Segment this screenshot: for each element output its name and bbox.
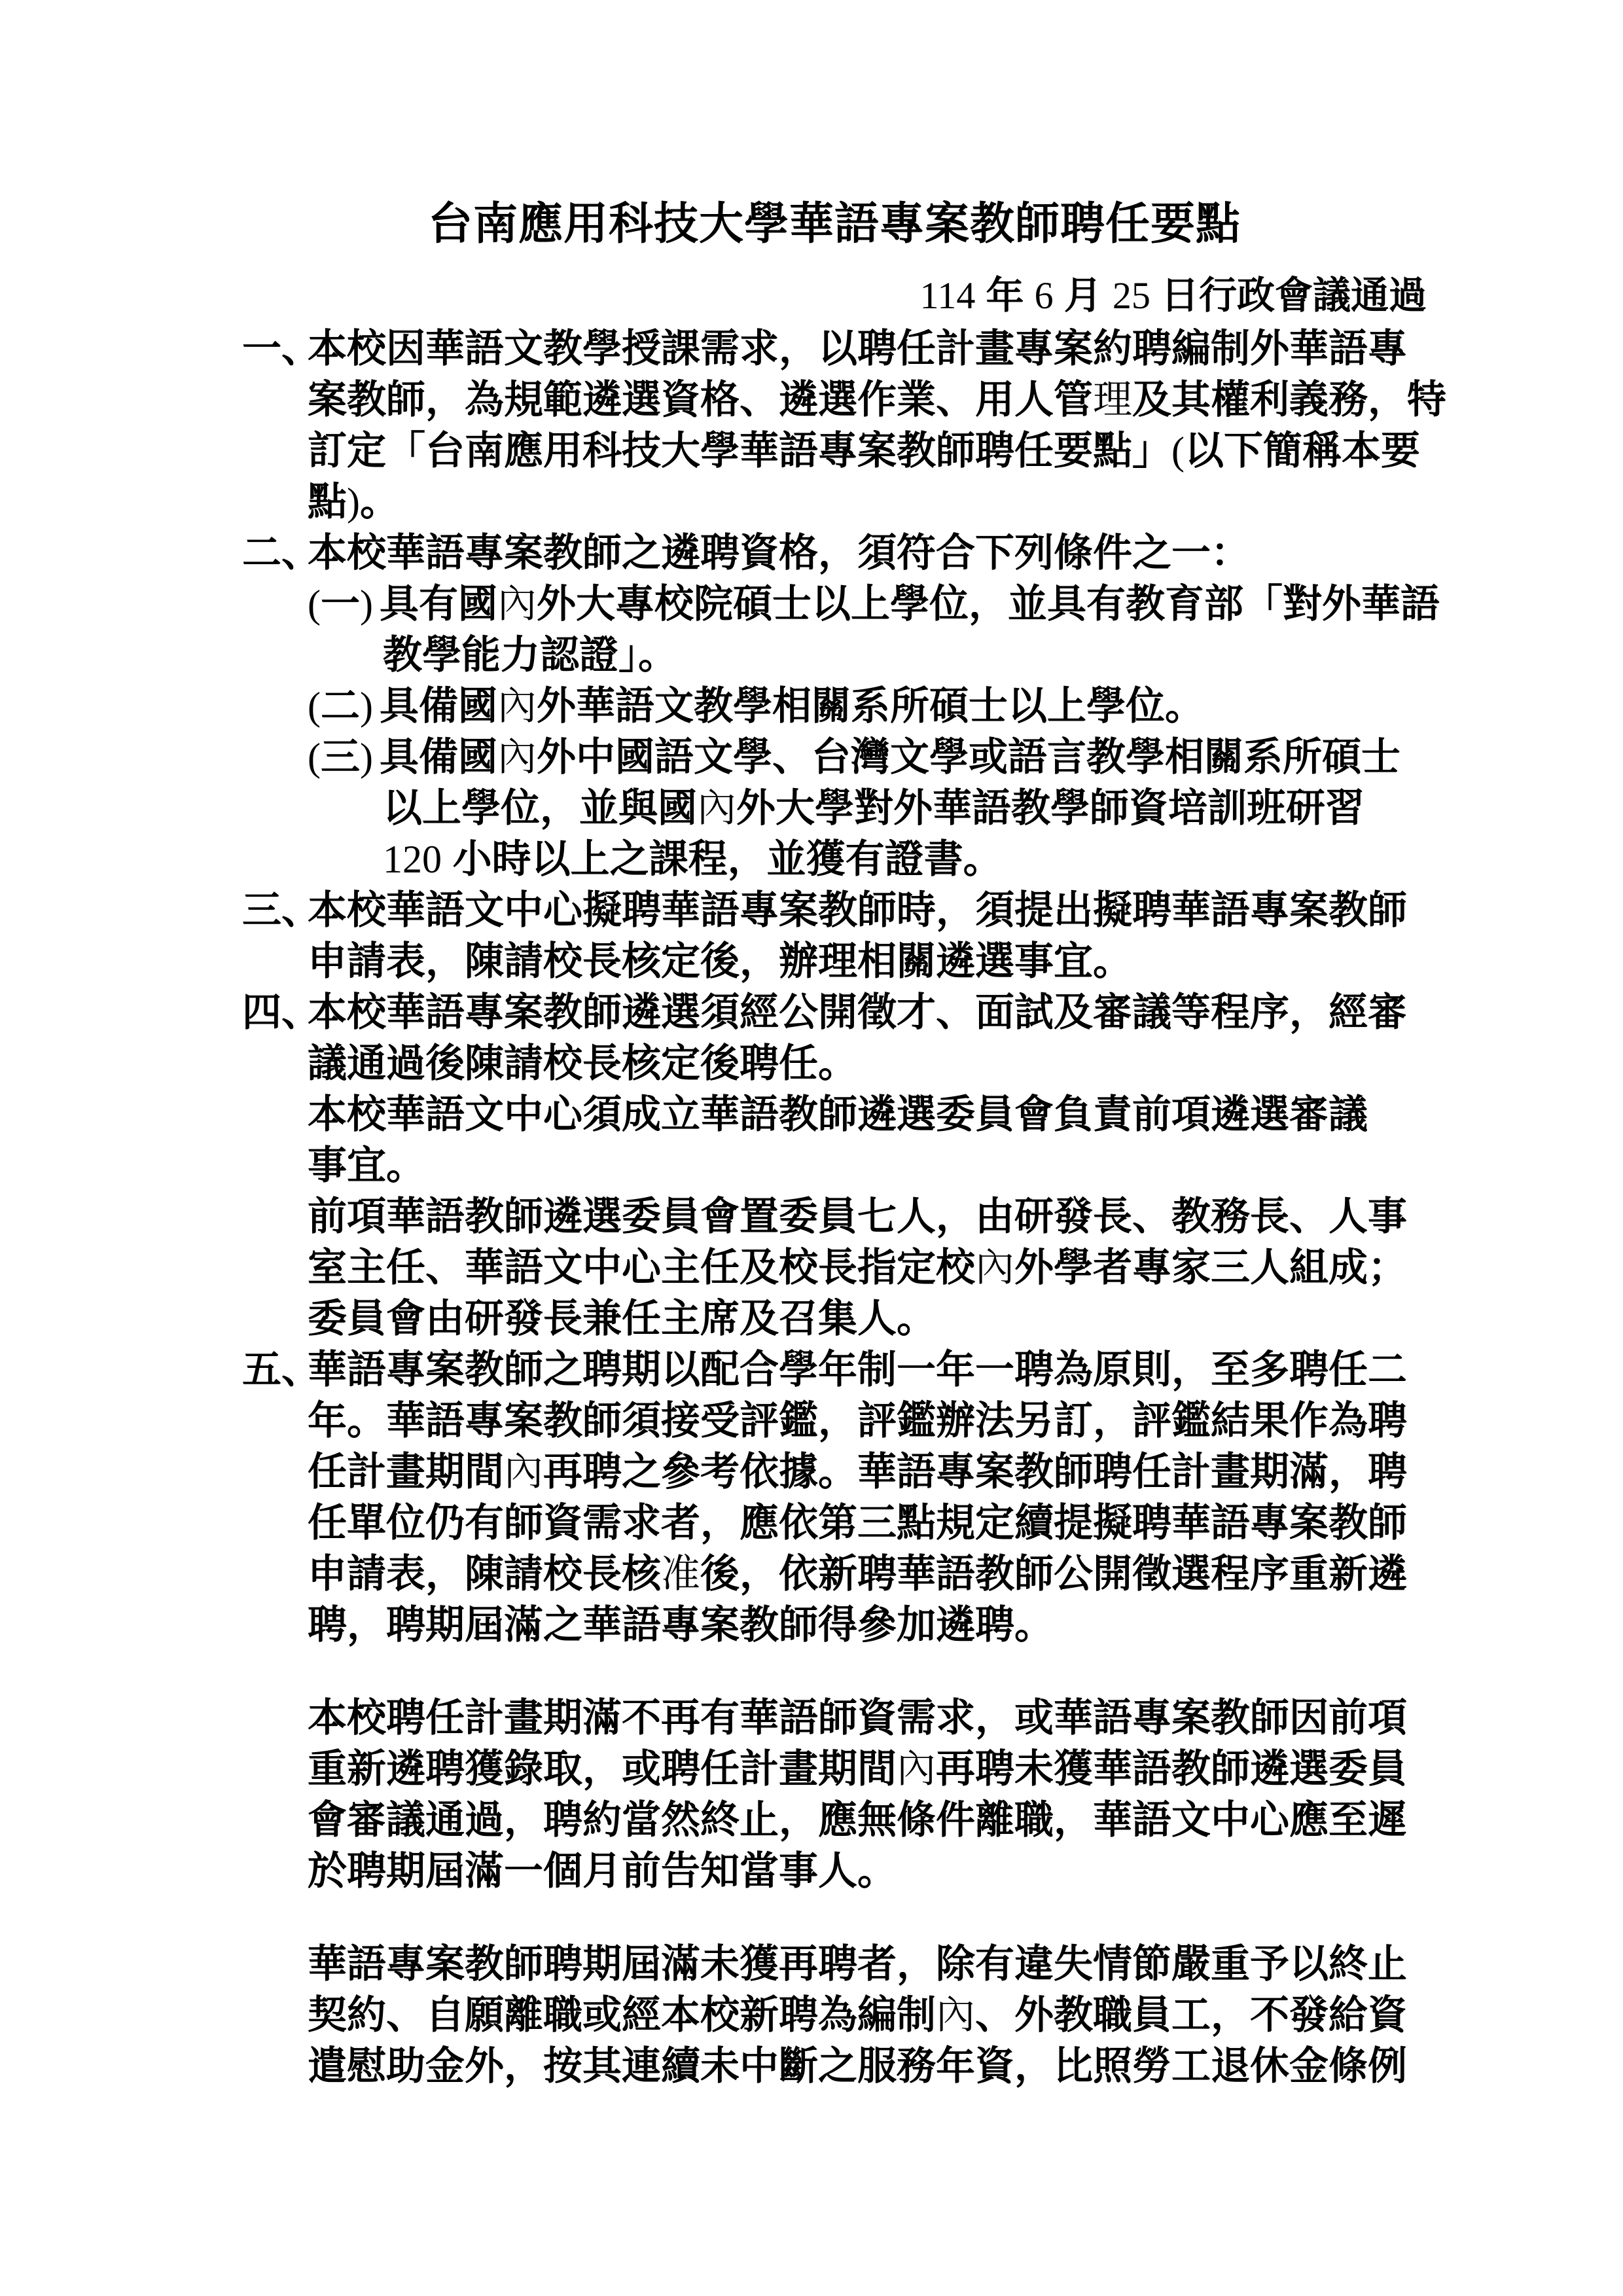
text-line: 年。華語專案教師須接受評鑑，評鑑辦法另訂，評鑑結果作為聘 bbox=[308, 1395, 1427, 1446]
text-line: 120 小時以上之課程，並獲有證書。 bbox=[383, 834, 1427, 885]
alt-font-glyph: ) bbox=[360, 685, 373, 728]
alt-font-glyph: ( bbox=[1171, 429, 1185, 473]
line-text: 室主任、華語文中心主任及校長指定校內外學者專家三人組成； bbox=[308, 1246, 1407, 1289]
line-text: 本校因華語文教學授課需求，以聘任計畫專案約聘編制外華語專 bbox=[308, 327, 1407, 370]
alt-font-glyph: 內 bbox=[936, 1994, 975, 2037]
alt-font-glyph: 內 bbox=[897, 1748, 936, 1791]
text-line: 室主任、華語文中心主任及校長指定校內外學者專家三人組成； bbox=[308, 1242, 1427, 1293]
document-title: 台南應用科技大學華語專案教師聘任要點 bbox=[242, 198, 1427, 250]
alt-font-glyph: 1 bbox=[383, 838, 402, 881]
text-line: (三)具備國內外中國語文學、台灣文學或語言教學相關系所碩士 bbox=[308, 732, 1427, 783]
alt-font-glyph: 0 bbox=[422, 838, 442, 881]
text-line: 任單位仍有師資需求者，應依第三點規定續提擬聘華語專案教師 bbox=[308, 1498, 1427, 1549]
alt-font-glyph: 4 bbox=[956, 274, 975, 317]
line-text: 案教師，為規範遴選資格、遴選作業、用人管理及其權利義務，特 bbox=[308, 378, 1446, 422]
item-label: 二、 bbox=[242, 528, 308, 579]
text-line: 議通過後陳請校長核定後聘任。 bbox=[308, 1038, 1427, 1089]
line-text: 具有國內外大專校院碩士以上學位，並具有教育部「對外華語 bbox=[380, 582, 1440, 626]
approval-line: 114 年 6 月 25 日行政會議通過 bbox=[242, 270, 1427, 322]
text-line: 以上學位，並與國內外大學對外華語教學師資培訓班研習 bbox=[383, 783, 1427, 834]
line-text: 契約、自願離職或經本校新聘為編制內、外教職員工，不發給資 bbox=[308, 1993, 1407, 2037]
alt-font-glyph: 1 bbox=[920, 274, 938, 317]
alt-font-glyph: 內 bbox=[497, 685, 537, 728]
list-item: 五、華語專案教師之聘期以配合學年制一年一聘為原則，至多聘任二年。華語專案教師須接… bbox=[242, 1344, 1427, 1651]
alt-font-glyph: 5 bbox=[1132, 274, 1150, 317]
text-line: 訂定「台南應用科技大學華語專案教師聘任要點」(以下簡稱本要 bbox=[308, 425, 1427, 476]
alt-font-glyph: 1 bbox=[938, 274, 956, 317]
line-text: 本校華語文中心擬聘華語專案教師時，須提出擬聘華語專案教師 bbox=[308, 888, 1407, 932]
item-label: 五、 bbox=[242, 1344, 308, 1395]
text-line: (一)具有國內外大專校院碩士以上學位，並具有教育部「對外華語 bbox=[308, 579, 1427, 630]
line-text: 前項華語教師遴選委員會置委員七人，由研發長、教務長、人事 bbox=[308, 1194, 1407, 1238]
line-text: 具備國內外華語文教學相關系所碩士以上學位。 bbox=[380, 684, 1204, 728]
line-text: 訂定「台南應用科技大學華語專案教師聘任要點」(以下簡稱本要 bbox=[308, 429, 1420, 473]
text-line: 本校聘任計畫期滿不再有華語師資需求，或華語專案教師因前項 bbox=[308, 1693, 1427, 1744]
text-line: 於聘期屆滿一個月前告知當事人。 bbox=[308, 1846, 1427, 1897]
line-text: 教學能力認證」。 bbox=[383, 633, 677, 677]
line-text: 申請表，陳請校長核准後，依新聘華語教師公開徵選程序重新遴 bbox=[308, 1552, 1407, 1596]
line-text: 本校華語專案教師之遴聘資格，須符合下列條件之一： bbox=[308, 531, 1250, 575]
text-line: 任計畫期間內再聘之參考依據。華語專案教師聘任計畫期滿，聘 bbox=[308, 1446, 1427, 1498]
text-line: 事宜。 bbox=[308, 1140, 1427, 1191]
line-text: 申請表，陳請校長核定後，辦理相關遴選事宜。 bbox=[308, 939, 1132, 983]
alt-font-glyph: ( bbox=[308, 583, 321, 626]
line-text: 華語專案教師聘期屆滿未獲再聘者，除有違失情節嚴重予以終止 bbox=[308, 1942, 1407, 1986]
text-line: 一、本校因華語文教學授課需求，以聘任計畫專案約聘編制外華語專 bbox=[242, 323, 1427, 374]
text-line: 五、華語專案教師之聘期以配合學年制一年一聘為原則，至多聘任二 bbox=[242, 1344, 1427, 1395]
text-line: 契約、自願離職或經本校新聘為編制內、外教職員工，不發給資 bbox=[308, 1990, 1427, 2041]
line-text: 以上學位，並與國內外大學對外華語教學師資培訓班研習 bbox=[383, 786, 1364, 830]
text-line: 教學能力認證」。 bbox=[383, 630, 1427, 681]
alt-font-glyph: ( bbox=[308, 685, 321, 728]
alt-font-glyph: 內 bbox=[497, 583, 537, 626]
text-line: (二)具備國內外華語文教學相關系所碩士以上學位。 bbox=[308, 681, 1427, 732]
line-text: 點)。 bbox=[308, 480, 399, 524]
line-text: 本校華語文中心須成立華語教師遴選委員會負責前項遴選審議 bbox=[308, 1092, 1368, 1136]
alt-font-glyph: 2 bbox=[1113, 274, 1132, 317]
item-label: (二) bbox=[308, 681, 380, 732]
alt-font-glyph: ) bbox=[360, 583, 373, 626]
paragraph: 前項華語教師遴選委員會置委員七人，由研發長、教務長、人事室主任、華語文中心主任及… bbox=[308, 1191, 1427, 1344]
line-text: 遣慰助金外，按其連續未中斷之服務年資，比照勞工退休金條例 bbox=[308, 2044, 1407, 2088]
alt-font-glyph: ( bbox=[308, 736, 321, 779]
alt-font-glyph: 內 bbox=[697, 787, 736, 830]
paragraph: 華語專案教師聘期屆滿未獲再聘者，除有違失情節嚴重予以終止契約、自願離職或經本校新… bbox=[308, 1939, 1427, 2092]
alt-font-glyph: ) bbox=[360, 736, 373, 779]
list-item: 二、本校華語專案教師之遴聘資格，須符合下列條件之一： bbox=[242, 528, 1427, 579]
paragraph: 本校華語文中心須成立華語教師遴選委員會負責前項遴選審議事宜。 bbox=[308, 1089, 1427, 1191]
text-line: 申請表，陳請校長核定後，辦理相關遴選事宜。 bbox=[308, 936, 1427, 987]
list-item: 三、本校華語文中心擬聘華語專案教師時，須提出擬聘華語專案教師申請表，陳請校長核定… bbox=[242, 885, 1427, 987]
alt-font-glyph: 2 bbox=[402, 838, 422, 881]
text-line: 會審議通過，聘約當然終止，應無條件離職，華語文中心應至遲 bbox=[308, 1795, 1427, 1846]
item-label: (一) bbox=[308, 579, 380, 630]
line-text: 重新遴聘獲錄取，或聘任計畫期間內再聘未獲華語教師遴選委員 bbox=[308, 1747, 1407, 1791]
line-text: 聘，聘期屆滿之華語專案教師得參加遴聘。 bbox=[308, 1603, 1054, 1647]
item-label: 三、 bbox=[242, 885, 308, 936]
line-text: 任單位仍有師資需求者，應依第三點規定續提擬聘華語專案教師 bbox=[308, 1501, 1407, 1545]
item-label: 一、 bbox=[242, 323, 308, 374]
line-text: 任計畫期間內再聘之參考依據。華語專案教師聘任計畫期滿，聘 bbox=[308, 1450, 1407, 1494]
text-line: 前項華語教師遴選委員會置委員七人，由研發長、教務長、人事 bbox=[308, 1191, 1427, 1242]
line-text: 華語專案教師之聘期以配合學年制一年一聘為原則，至多聘任二 bbox=[308, 1348, 1407, 1391]
alt-font-glyph: 內 bbox=[497, 736, 537, 779]
list-item: 四、本校華語專案教師遴選須經公開徵才、面試及審議等程序，經審議通過後陳請校長核定… bbox=[242, 987, 1427, 1089]
text-line: 遣慰助金外，按其連續未中斷之服務年資，比照勞工退休金條例 bbox=[308, 2041, 1427, 2092]
page: 台南應用科技大學華語專案教師聘任要點 114 年 6 月 25 日行政會議通過 … bbox=[0, 0, 1623, 2296]
text-line: 委員會由研發長兼任主席及召集人。 bbox=[308, 1293, 1427, 1344]
text-line: 二、本校華語專案教師之遴聘資格，須符合下列條件之一： bbox=[242, 528, 1427, 579]
text-line: 點)。 bbox=[308, 476, 1427, 528]
line-text: 具備國內外中國語文學、台灣文學或語言教學相關系所碩士 bbox=[380, 735, 1400, 779]
alt-font-glyph: 准 bbox=[661, 1552, 700, 1596]
line-text: 議通過後陳請校長核定後聘任。 bbox=[308, 1041, 857, 1085]
text-line: 聘，聘期屆滿之華語專案教師得參加遴聘。 bbox=[308, 1600, 1427, 1651]
line-text: 事宜。 bbox=[308, 1143, 425, 1187]
line-text: 120 小時以上之課程，並獲有證書。 bbox=[383, 837, 1003, 881]
line-text: 本校聘任計畫期滿不再有華語師資需求，或華語專案教師因前項 bbox=[308, 1696, 1407, 1740]
text-line: 重新遴聘獲錄取，或聘任計畫期間內再聘未獲華語教師遴選委員 bbox=[308, 1744, 1427, 1795]
text-line: 申請表，陳請校長核准後，依新聘華語教師公開徵選程序重新遴 bbox=[308, 1549, 1427, 1600]
alt-font-glyph: 內 bbox=[975, 1246, 1014, 1289]
sub-list-item: (一)具有國內外大專校院碩士以上學位，並具有教育部「對外華語教學能力認證」。 bbox=[308, 579, 1427, 681]
alt-font-glyph: ) bbox=[347, 480, 360, 524]
line-text: 委員會由研發長兼任主席及召集人。 bbox=[308, 1297, 936, 1340]
text-line: 四、本校華語專案教師遴選須經公開徵才、面試及審議等程序，經審 bbox=[242, 987, 1427, 1038]
alt-font-glyph: 6 bbox=[1035, 274, 1054, 317]
line-text: 年。華語專案教師須接受評鑑，評鑑辦法另訂，評鑑結果作為聘 bbox=[308, 1399, 1407, 1443]
list-item: 一、本校因華語文教學授課需求，以聘任計畫專案約聘編制外華語專案教師，為規範遴選資… bbox=[242, 323, 1427, 528]
line-text: 會審議通過，聘約當然終止，應無條件離職，華語文中心應至遲 bbox=[308, 1798, 1407, 1842]
document-body: 一、本校因華語文教學授課需求，以聘任計畫專案約聘編制外華語專案教師，為規範遴選資… bbox=[242, 323, 1427, 2092]
line-text: 本校華語專案教師遴選須經公開徵才、面試及審議等程序，經審 bbox=[308, 990, 1407, 1034]
item-label: 四、 bbox=[242, 987, 308, 1038]
alt-font-glyph: 理 bbox=[1093, 378, 1132, 422]
text-line: 案教師，為規範遴選資格、遴選作業、用人管理及其權利義務，特 bbox=[308, 374, 1427, 425]
sub-list-item: (三)具備國內外中國語文學、台灣文學或語言教學相關系所碩士以上學位，並與國內外大… bbox=[308, 732, 1427, 885]
line-text: 於聘期屆滿一個月前告知當事人。 bbox=[308, 1849, 897, 1893]
alt-font-glyph: 內 bbox=[504, 1450, 543, 1494]
sub-list-item: (二)具備國內外華語文教學相關系所碩士以上學位。 bbox=[308, 681, 1427, 732]
text-line: 華語專案教師聘期屆滿未獲再聘者，除有違失情節嚴重予以終止 bbox=[308, 1939, 1427, 1990]
text-line: 三、本校華語文中心擬聘華語專案教師時，須提出擬聘華語專案教師 bbox=[242, 885, 1427, 936]
text-line: 本校華語文中心須成立華語教師遴選委員會負責前項遴選審議 bbox=[308, 1089, 1427, 1140]
item-label: (三) bbox=[308, 732, 380, 783]
paragraph: 本校聘任計畫期滿不再有華語師資需求，或華語專案教師因前項重新遴聘獲錄取，或聘任計… bbox=[308, 1693, 1427, 1897]
